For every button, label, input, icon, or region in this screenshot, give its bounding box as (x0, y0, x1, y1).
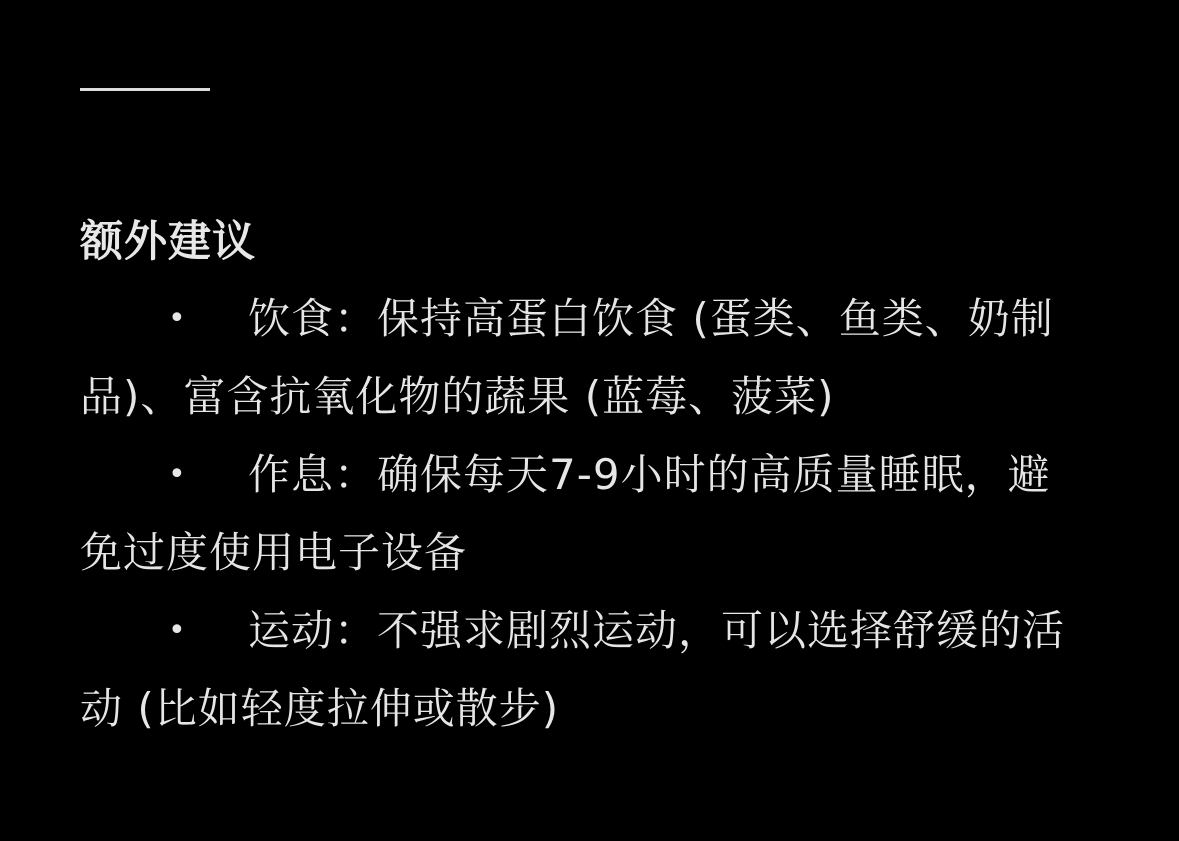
bullet-icon: • (80, 592, 248, 670)
list-item-routine: •作息：确保每天7-9小时的高质量睡眠，避免过度使用电子设备 (80, 436, 1080, 592)
extra-advice-section: 额外建议 •饮食：保持高蛋白饮食 (蛋类、鱼类、奶制品)、富含抗氧化物的蔬果 (… (80, 212, 1080, 748)
list-item-diet: •饮食：保持高蛋白饮食 (蛋类、鱼类、奶制品)、富含抗氧化物的蔬果 (蓝莓、菠菜… (80, 280, 1080, 436)
list-item-exercise: •运动：不强求剧烈运动，可以选择舒缓的活动 (比如轻度拉伸或散步) (80, 592, 1080, 748)
horizontal-divider (80, 88, 210, 91)
section-heading: 额外建议 (80, 212, 1080, 272)
bullet-icon: • (80, 436, 248, 514)
advice-list: •饮食：保持高蛋白饮食 (蛋类、鱼类、奶制品)、富含抗氧化物的蔬果 (蓝莓、菠菜… (80, 280, 1080, 748)
bullet-icon: • (80, 280, 248, 358)
